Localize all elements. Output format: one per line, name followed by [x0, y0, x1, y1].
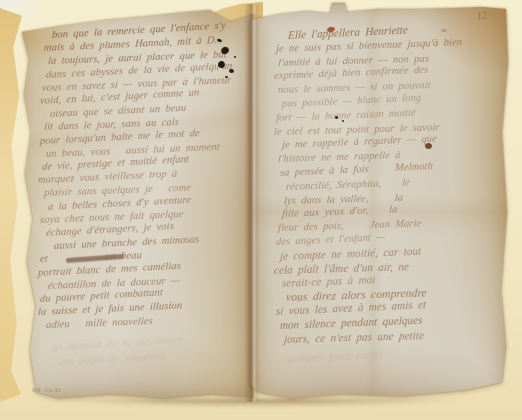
- show-through-ghost-line: quelques jours encore: [286, 350, 385, 366]
- handwriting-line: adieu mille nouvelles: [46, 316, 153, 331]
- right-page: Elle l'appellera Henrietteje ne suis pas…: [250, 2, 510, 404]
- manuscript-photo: bon que la remercie que l'enfance s'ymai…: [0, 0, 522, 420]
- handwriting-line: des anges et l'enfant —: [276, 232, 386, 248]
- right-page-wrap: Elle l'appellera Henrietteje ne suis pas…: [250, 2, 510, 404]
- handwriting-line: serait-ce pas à moi: [282, 275, 376, 291]
- pencil-inscription: MN. Ca 41: [32, 388, 61, 394]
- handwriting-line: réconcilié, Séraphita, le: [286, 177, 411, 193]
- handwriting-line: jours, ce n'est pas une petite: [284, 330, 425, 346]
- ink-strikethrough: [66, 254, 124, 263]
- handwriting-line: fort — la bonne raison moitié: [276, 108, 417, 124]
- ink-blot: [335, 116, 338, 119]
- handwriting-line: fille aux yeux d'or, la: [282, 205, 398, 221]
- ink-blot: [225, 76, 228, 78]
- handwriting-line: mon silence pendant quelques: [280, 315, 423, 332]
- ink-blot: [234, 56, 236, 58]
- ink-blot: [342, 120, 344, 122]
- handwriting-line: cela plaît l'âme d'un air, ne: [274, 261, 410, 277]
- show-through-ghost-line: un moment de la vie entière: [52, 335, 183, 353]
- handwriting-line: je compte ne moitié, car tout: [280, 246, 422, 263]
- ink-blot: [425, 143, 432, 149]
- page-number: 12: [476, 10, 487, 22]
- ink-blot: [218, 61, 225, 68]
- right-page-handwriting: Elle l'appellera Henrietteje ne suis pas…: [250, 2, 510, 404]
- handwriting-line: fleur des pois, Jean Marie: [278, 219, 422, 235]
- show-through-ghost-line: ces pages de souvenirs: [60, 351, 165, 368]
